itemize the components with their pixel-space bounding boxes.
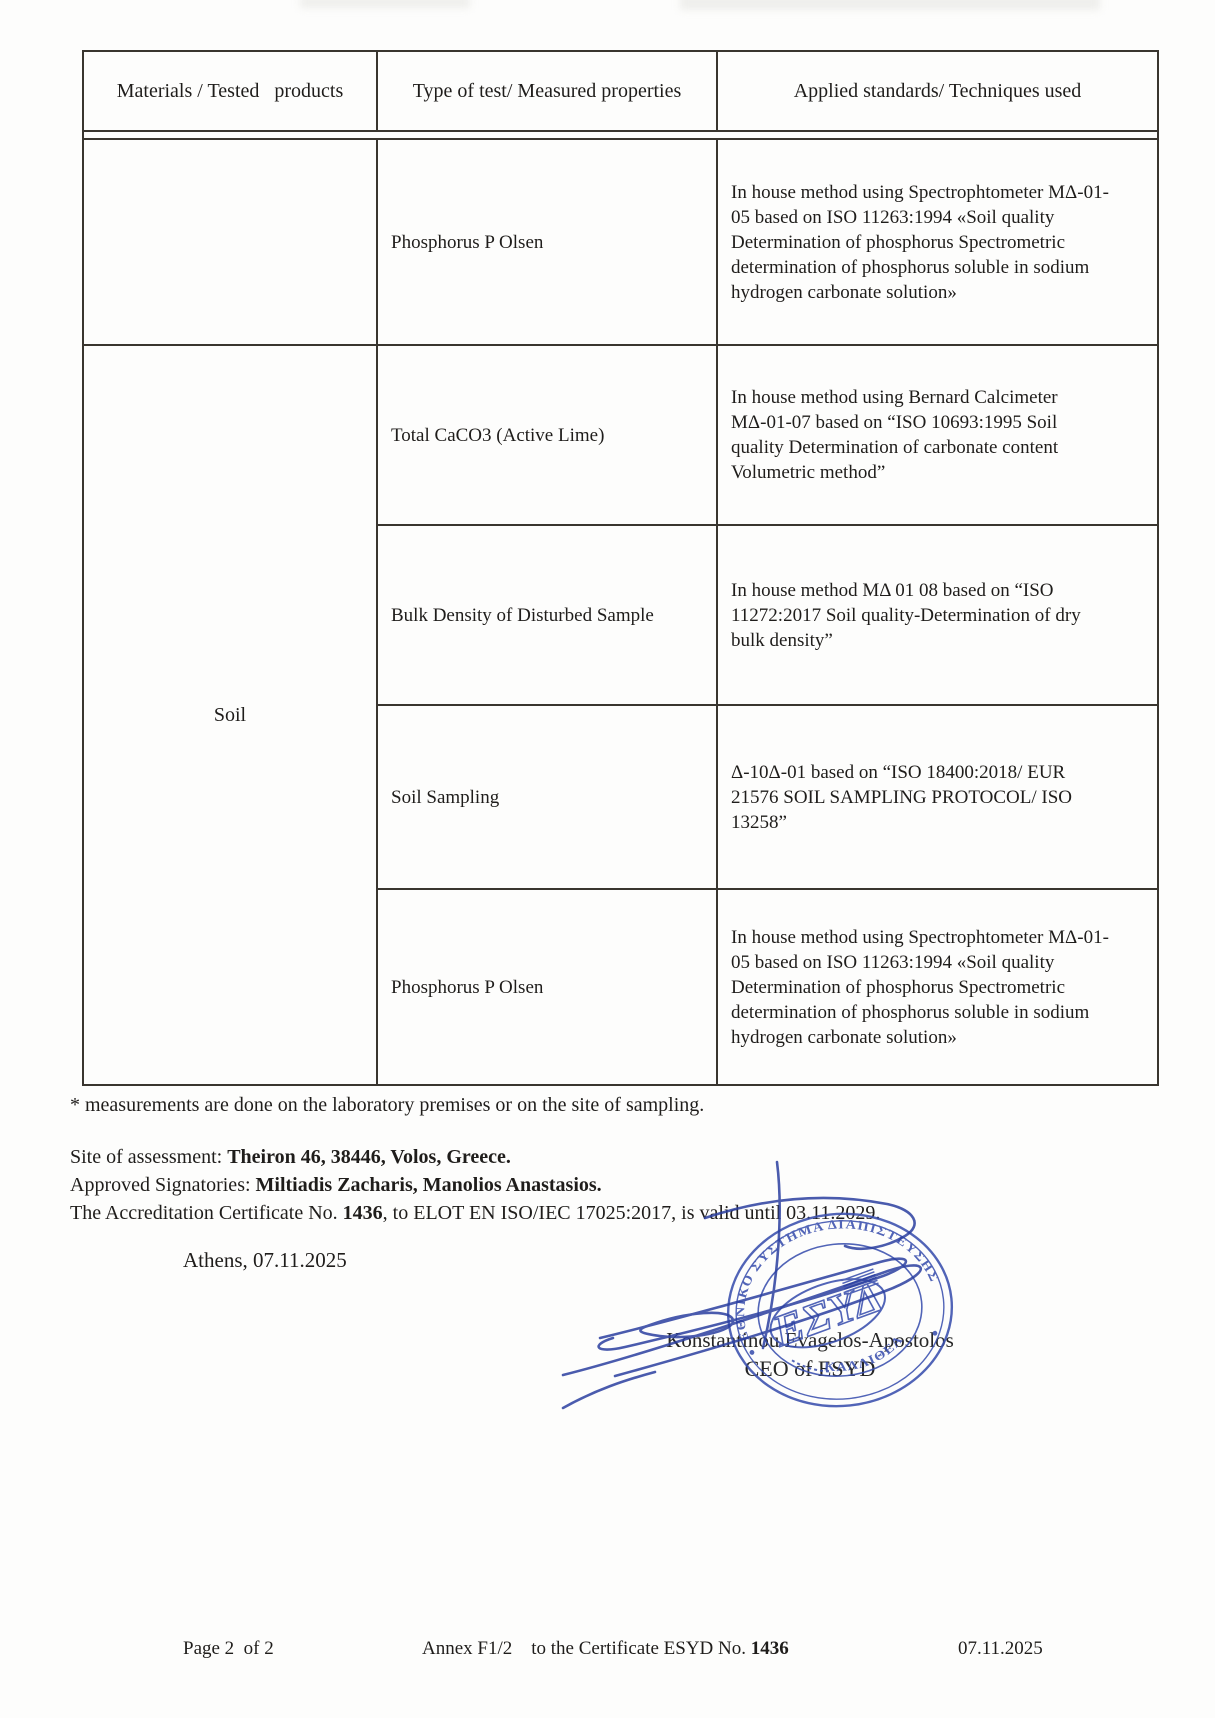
site-label: Site of assessment: [70, 1146, 227, 1168]
test-cell: Phosphorus P Olsen [376, 138, 716, 344]
accreditation-table: Materials / Tested products Type of test… [82, 50, 1159, 1086]
standard-cell: In house method using Bernard Calcimeter… [716, 344, 1157, 524]
footnote: * measurements are done on the laborator… [70, 1094, 704, 1117]
material-cell-soil: Soil [84, 344, 376, 1084]
test-cell: Bulk Density of Disturbed Sample [376, 524, 716, 704]
standard-cell: In house method using Spectrophtometer M… [716, 138, 1157, 344]
test-cell: Total CaCO3 (Active Lime) [376, 344, 716, 524]
signatory-block: Konstantinou Evagelos-Apostolos CEO of E… [650, 1328, 970, 1382]
table-header-standards: Applied standards/ Techniques used [716, 52, 1157, 132]
signatory-name: Konstantinou Evagelos-Apostolos [650, 1328, 970, 1353]
site-value: Theiron 46, 38446, Volos, Greece. [227, 1146, 511, 1168]
test-cell: Soil Sampling [376, 704, 716, 888]
signatory-title: CEO of ESYD [650, 1356, 970, 1382]
place-date: Athens, 07.11.2025 [183, 1248, 347, 1273]
table-header-test-type: Type of test/ Measured properties [376, 52, 716, 132]
esyd-stamp: ΕΘΝΙΚΟ ΣΥΣΤΗΜΑ ΔΙΑΠΙΣΤΕΥΣΗΣ ΚΑΛΛΙΘΕΑΣ ΕΣ… [555, 1140, 1015, 1480]
signatories-value: Miltiadis Zacharis, Manolios Anastasios. [256, 1174, 602, 1196]
stamp-barcode [841, 1269, 878, 1295]
stamp-rings: ΕΘΝΙΚΟ ΣΥΣΤΗΜΑ ΔΙΑΠΙΣΤΕΥΣΗΣ ΚΑΛΛΙΘΕΑΣ ΕΣ… [555, 1140, 961, 1436]
svg-text:ΕΘΝΙΚΟ ΣΥΣΤΗΜΑ ΔΙΑΠΙΣΤΕΥΣΗΣ: ΕΘΝΙΚΟ ΣΥΣΤΗΜΑ ΔΙΑΠΙΣΤΕΥΣΗΣ [723, 1206, 948, 1344]
cert-suffix: , to ELOT EN ISO/IEC 17025:2017, is vali… [383, 1202, 881, 1224]
scan-smudge [300, 0, 470, 8]
site-of-assessment-line: Site of assessment: Theiron 46, 38446, V… [70, 1146, 511, 1169]
material-cell-empty [84, 138, 376, 344]
cert-prefix: The Accreditation Certificate No. [70, 1202, 343, 1224]
standard-cell: In house method using Spectrophtometer M… [716, 888, 1157, 1084]
table-header-materials: Materials / Tested products [84, 52, 376, 132]
cert-number: 1436 [343, 1202, 383, 1224]
annex-certificate-number: 1436 [751, 1638, 789, 1659]
document-page: Materials / Tested products Type of test… [0, 0, 1215, 1718]
footer-date: 07.11.2025 [958, 1638, 1043, 1660]
standard-cell: Δ-10Δ-01 based on “ISO 18400:2018/ EUR 2… [716, 704, 1157, 888]
standard-cell: In house method MΔ 01 08 based on “ISO 1… [716, 524, 1157, 704]
accreditation-validity-line: The Accreditation Certificate No. 1436, … [70, 1202, 880, 1225]
signatories-label: Approved Signatories: [70, 1174, 256, 1196]
annex-prefix: Annex F1/2 to the Certificate ESYD No. [422, 1638, 751, 1659]
page-number: Page 2 of 2 [183, 1638, 274, 1660]
test-cell: Phosphorus P Olsen [376, 888, 716, 1084]
stamp-top-arc-text: ΕΘΝΙΚΟ ΣΥΣΤΗΜΑ ΔΙΑΠΙΣΤΕΥΣΗΣ [723, 1206, 948, 1344]
approved-signatories-line: Approved Signatories: Miltiadis Zacharis… [70, 1174, 602, 1197]
scan-smudge [680, 0, 1100, 10]
annex-reference: Annex F1/2 to the Certificate ESYD No. 1… [422, 1638, 789, 1660]
